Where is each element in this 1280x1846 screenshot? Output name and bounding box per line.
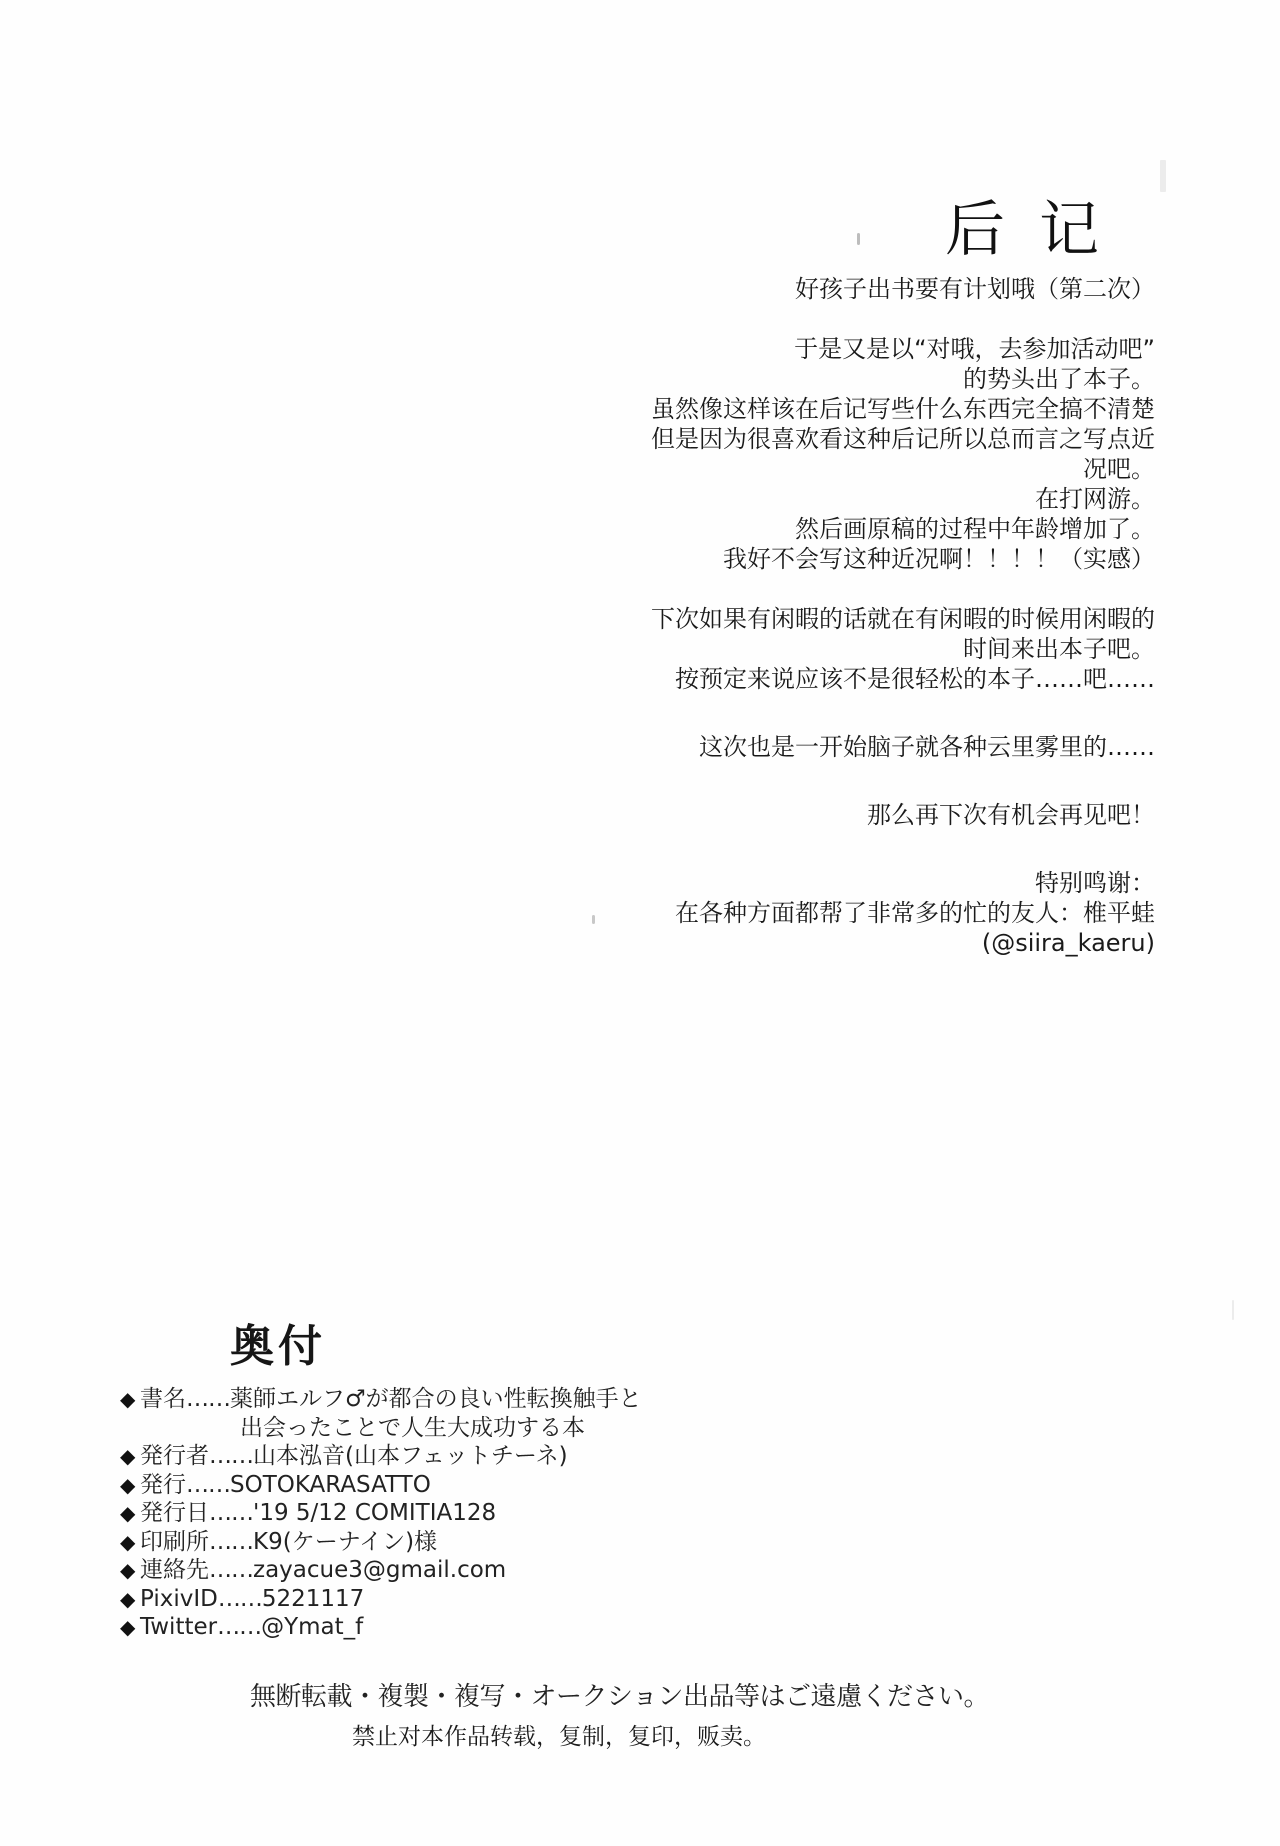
afterword-body: 好孩子出书要有计划哦（第二次） 于是又是以“对哦，去参加活动吧” 的势头出了本子… [555,274,1155,958]
row-separator: …… [209,1528,253,1557]
afterword-paragraph-1: 于是又是以“对哦，去参加活动吧” 的势头出了本子。 虽然像这样该在后记写些什么东… [555,334,1155,574]
row-separator: …… [186,1385,230,1414]
diamond-bullet-icon: ◆ [120,1556,140,1585]
colophon-row-pixiv: ◆ PixivID …… 5221117 [120,1585,740,1614]
diamond-bullet-icon: ◆ [120,1528,140,1557]
afterword-paragraph-2: 下次如果有闲暇的话就在有闲暇的时候用闲暇的 时间来出本子吧。 按预定来说应该不是… [555,604,1155,694]
pixiv-id: 5221117 [262,1585,364,1614]
contact-email: zayacue3@gmail.com [253,1556,506,1585]
afterword-colophon-page: 后记 好孩子出书要有计划哦（第二次） 于是又是以“对哦，去参加活动吧” 的势头出… [0,0,1280,1846]
printer-name: K9(ケーナイン)様 [253,1528,437,1557]
twitter-handle: @Ymat_f [261,1613,363,1642]
colophon-row-publisher: ◆ 発行者 …… 山本泓音(山本フェットチーネ) [120,1442,740,1471]
row-separator: …… [209,1442,253,1471]
afterword-line: 下次如果有闲暇的话就在有闲暇的时候用闲暇的 [555,604,1155,634]
book-title: 薬師エルフ♂が都合の良い性転換触手と [230,1385,642,1414]
scan-artifact [1160,160,1166,192]
colophon-row-circle: ◆ 発行 …… SOTOKARASATTO [120,1471,740,1500]
afterword-line: 我好不会写这种近况啊！！！！（实感） [555,544,1155,574]
diamond-bullet-icon: ◆ [120,1499,140,1528]
colophon-title: 奥付 [230,1322,326,1372]
row-label: 連絡先 [140,1556,209,1585]
diamond-bullet-icon: ◆ [120,1385,140,1414]
afterword-line: 但是因为很喜欢看这种后记所以总而言之写点近 [555,424,1155,454]
publish-date: '19 5/12 COMITIA128 [253,1499,496,1528]
colophon-row-contact: ◆ 連絡先 …… zayacue3@gmail.com [120,1556,740,1585]
colophon-row-title: ◆ 書名 …… 薬師エルフ♂が都合の良い性転換触手と [120,1385,740,1414]
afterword-line: 于是又是以“对哦，去参加活动吧” [555,334,1155,364]
decorative-mark [592,915,595,924]
row-label: 発行 [140,1471,186,1500]
copyright-notice-chinese: 禁止对本作品转载，复制，复印，贩卖。 [250,1720,1110,1754]
afterword-line: 按预定来说应该不是很轻松的本子……吧…… [555,664,1155,694]
decorative-mark [857,233,860,245]
row-label: 発行者 [140,1442,209,1471]
row-separator: …… [217,1613,261,1642]
colophon-row-twitter: ◆ Twitter …… @Ymat_f [120,1613,740,1642]
afterword-paragraph-4: 那么再下次有机会再见吧！ [555,800,1155,830]
afterword-line: 然后画原稿的过程中年龄增加了。 [555,514,1155,544]
row-label: Twitter [140,1613,217,1642]
colophon-list: ◆ 書名 …… 薬師エルフ♂が都合の良い性転換触手と 出会ったことで人生大成功す… [120,1385,740,1642]
diamond-bullet-icon: ◆ [120,1442,140,1471]
colophon-row-date: ◆ 発行日 …… '19 5/12 COMITIA128 [120,1499,740,1528]
diamond-bullet-icon: ◆ [120,1471,140,1500]
afterword-line: 况吧。 [555,454,1155,484]
afterword-line: 的势头出了本子。 [555,364,1155,394]
publisher-name: 山本泓音(山本フェットチーネ) [253,1442,568,1471]
diamond-bullet-icon: ◆ [120,1613,140,1642]
afterword-subtitle: 好孩子出书要有计划哦（第二次） [555,274,1155,304]
row-separator: …… [209,1499,253,1528]
colophon-row-printer: ◆ 印刷所 …… K9(ケーナイン)様 [120,1528,740,1557]
afterword-line: 虽然像这样该在后记写些什么东西完全搞不清楚 [555,394,1155,424]
scan-artifact [1232,1300,1234,1320]
row-label: 印刷所 [140,1528,209,1557]
special-thanks-handle: (@siira_kaeru) [555,928,1155,958]
row-label: 発行日 [140,1499,209,1528]
afterword-line: 那么再下次有机会再见吧！ [555,800,1155,830]
diamond-bullet-icon: ◆ [120,1585,140,1614]
special-thanks-heading: 特别鸣谢： [555,868,1155,898]
afterword-line: 时间来出本子吧。 [555,634,1155,664]
row-separator: …… [186,1471,230,1500]
special-thanks: 特别鸣谢： 在各种方面都帮了非常多的忙的友人：椎平蛙 (@siira_kaeru… [555,868,1155,958]
afterword-line: 这次也是一开始脑子就各种云里雾里的…… [555,732,1155,762]
row-label: PixivID [140,1585,218,1614]
book-title-continuation: 出会ったことで人生大成功する本 [120,1414,740,1443]
afterword-paragraph-3: 这次也是一开始脑子就各种云里雾里的…… [555,732,1155,762]
row-label: 書名 [140,1385,186,1414]
row-separator: …… [209,1556,253,1585]
special-thanks-line: 在各种方面都帮了非常多的忙的友人：椎平蛙 [555,898,1155,928]
row-separator: …… [218,1585,262,1614]
copyright-notice-japanese: 無断転載・複製・複写・オークション出品等はご遠慮ください。 [250,1680,1110,1714]
afterword-title: 后记 [945,195,1165,265]
afterword-line: 在打网游。 [555,484,1155,514]
circle-name: SOTOKARASATTO [230,1471,431,1500]
